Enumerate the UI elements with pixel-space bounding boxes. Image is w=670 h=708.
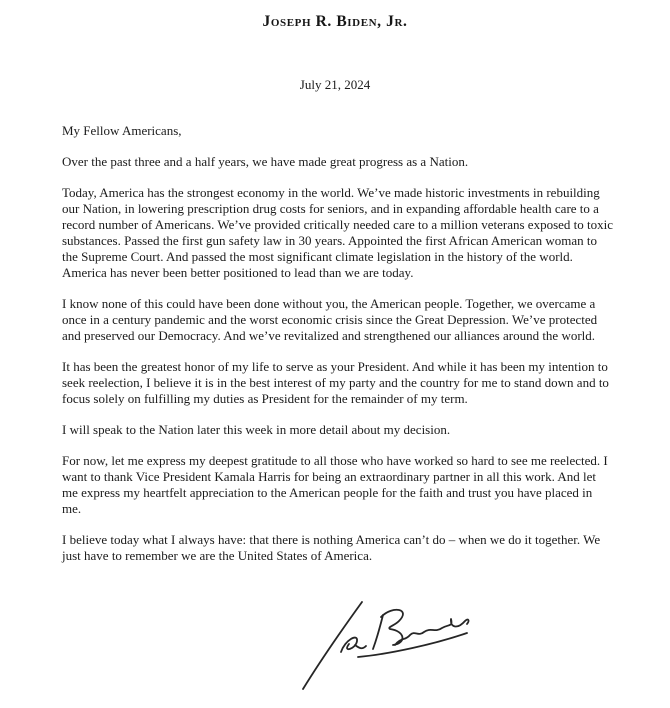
letter-paragraph: Today, America has the strongest economy… <box>62 185 614 281</box>
letter-body: My Fellow Americans, Over the past three… <box>62 123 614 564</box>
letterhead-name: Joseph R. Biden, Jr. <box>0 0 670 31</box>
letter-paragraph: I will speak to the Nation later this we… <box>62 422 614 438</box>
letter-paragraph: I know none of this could have been done… <box>62 296 614 344</box>
signature-icon <box>295 597 480 693</box>
letter-paragraph: Over the past three and a half years, we… <box>62 154 614 170</box>
letter-date: July 21, 2024 <box>0 77 670 93</box>
salutation: My Fellow Americans, <box>62 123 614 139</box>
letter-page: Joseph R. Biden, Jr. July 21, 2024 My Fe… <box>0 0 670 708</box>
letter-paragraph: For now, let me express my deepest grati… <box>62 453 614 517</box>
signature-joe-biden <box>295 597 480 693</box>
letter-paragraph: It has been the greatest honor of my lif… <box>62 359 614 407</box>
letter-paragraph: I believe today what I always have: that… <box>62 532 614 564</box>
